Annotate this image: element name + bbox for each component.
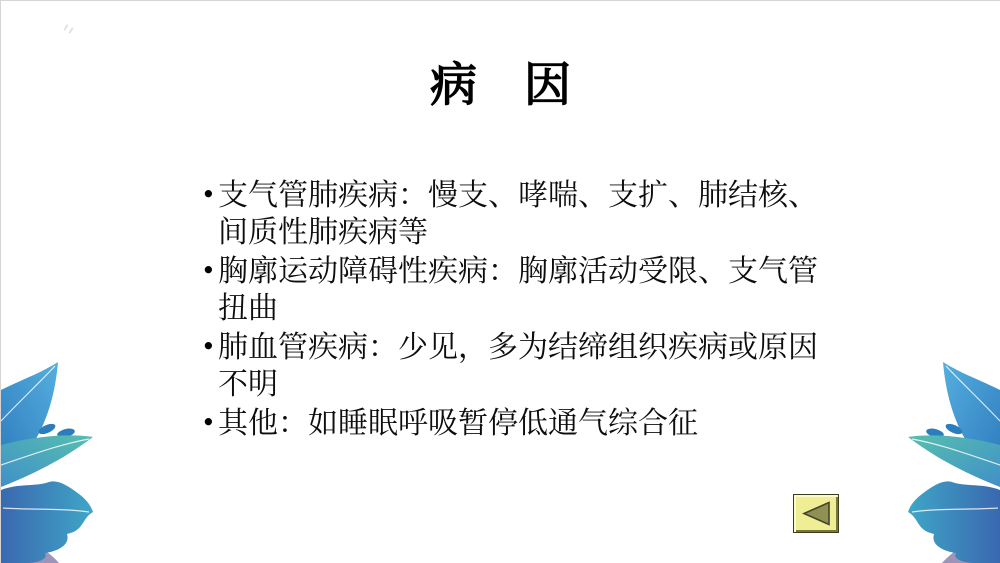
- bullet-text: 胸廓运动障碍性疾病：胸廓活动受限、支气管扭曲: [218, 253, 819, 327]
- bullet-marker: •: [201, 177, 218, 251]
- bullet-item: • 胸廓运动障碍性疾病：胸廓活动受限、支气管扭曲: [201, 253, 819, 327]
- bullet-item: • 其他：如睡眠呼吸暂停低通气综合征: [201, 405, 819, 442]
- bullet-marker: •: [201, 329, 218, 403]
- bullet-text: 肺血管疾病：少见，多为结缔组织疾病或原因不明: [218, 329, 819, 403]
- faint-smudge-mark: [63, 23, 77, 37]
- bullet-item: • 肺血管疾病：少见，多为结缔组织疾病或原因不明: [201, 329, 819, 403]
- back-triangle-icon: [800, 500, 832, 527]
- bullet-text: 其他：如睡眠呼吸暂停低通气综合征: [218, 405, 819, 442]
- bullet-text: 支气管肺疾病：慢支、哮喘、支扩、肺结核、间质性肺疾病等: [218, 177, 819, 251]
- presentation-slide: 病 因 • 支气管肺疾病：慢支、哮喘、支扩、肺结核、间质性肺疾病等 • 胸廓运动…: [0, 0, 1000, 563]
- bullet-marker: •: [201, 405, 218, 442]
- bullet-marker: •: [201, 253, 218, 327]
- slide-title: 病 因: [1, 57, 1000, 116]
- bullet-list: • 支气管肺疾病：慢支、哮喘、支扩、肺结核、间质性肺疾病等 • 胸廓运动障碍性疾…: [201, 177, 819, 444]
- back-button[interactable]: [793, 494, 839, 533]
- bullet-item: • 支气管肺疾病：慢支、哮喘、支扩、肺结核、间质性肺疾病等: [201, 177, 819, 251]
- leaf-decoration-bottom-left: [1, 340, 161, 563]
- leaf-decoration-bottom-right: [840, 340, 1000, 563]
